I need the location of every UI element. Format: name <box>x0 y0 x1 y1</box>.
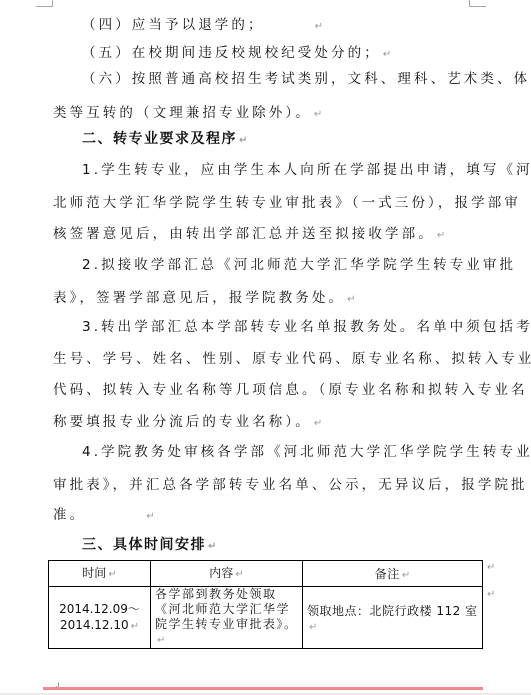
table-row: 2014.12.09～ 2014.12.10↵ 各学部到教务处领取《河北师范大学… <box>49 587 483 649</box>
line-text: （六）按照普通高校招生考试类别，文科、理科、艺术类、体育 <box>82 71 531 87</box>
table-header-row: 时间↵ 内容↵ 备注↵ <box>49 561 483 587</box>
line-text: 生号、学号、姓名、性别、原专业代码、原专业名称、拟转入专业 <box>53 351 531 367</box>
text-line: 4.学院教务处审核各学部《河北师范大学汇华学院学生转专业 <box>82 443 467 461</box>
note-text: 领取地点：北院行政楼 112 室 <box>307 604 478 618</box>
text-line: 代码、拟转入专业名称等几项信息。（原专业名称和拟转入专业名 <box>53 381 467 399</box>
paragraph-mark-icon: ↵ <box>347 294 355 305</box>
crop-mark-top-right <box>469 0 486 7</box>
text-line: 准。↵ <box>53 506 467 526</box>
paragraph-mark-icon: ↵ <box>315 21 323 32</box>
paragraph-mark-icon: ↵ <box>131 621 139 632</box>
paragraph-mark-icon: ↵ <box>402 570 410 581</box>
text-line: 生号、学号、姓名、性别、原专业代码、原专业名称、拟转入专业 <box>53 350 467 368</box>
paragraph-mark-icon: ↵ <box>383 49 391 60</box>
header-note-label: 备注 <box>375 567 400 581</box>
paragraph-mark-icon: ↵ <box>309 622 317 633</box>
text-line: 类等互转的（文理兼招专业除外）。↵ <box>53 104 467 124</box>
header-content-label: 内容 <box>209 566 233 580</box>
paragraph-mark-icon: ↵ <box>146 511 154 522</box>
cell-time: 2014.12.09～ 2014.12.10↵ <box>49 587 151 649</box>
time-end: 2014.12.10 <box>60 618 129 632</box>
header-time: 时间↵ <box>49 561 151 587</box>
header-note: 备注↵ <box>303 561 483 587</box>
header-content: 内容↵ <box>151 561 303 587</box>
line-text: 类等互转的（文理兼招专业除外）。 <box>53 105 312 121</box>
line-text: 北师范大学汇华学院学生转专业审批表》（一式三份），报学部审 <box>53 195 521 211</box>
line-text: 三、具体时间安排 <box>82 537 206 553</box>
text-line: 称要填报专业分流后的专业名称）。↵ <box>53 413 467 433</box>
text-line: （六）按照普通高校招生考试类别，文科、理科、艺术类、体育 <box>82 70 467 88</box>
line-text: 准。 <box>53 507 86 523</box>
paragraph-mark-icon: ↵ <box>235 569 243 580</box>
header-time-label: 时间 <box>82 566 106 580</box>
paragraph-mark-icon: ↵ <box>314 109 322 120</box>
text-line: 3.转出学部汇总本学部转专业名单报教务处。名单中须包括考 <box>82 318 467 336</box>
row-end-mark-icon: ↵ <box>487 562 495 573</box>
paragraph-mark-icon: ↵ <box>157 635 165 646</box>
line-text: 称要填报专业分流后的专业名称）。 <box>53 414 312 430</box>
text-line: 审批表》，并汇总各学部转专业名单、公示，无异议后，报学院批 <box>53 476 467 494</box>
text-line: （五）在校期间违反校规校纪受处分的；↵ <box>82 44 467 64</box>
text-line: 2.拟接收学部汇总《河北师范大学汇华学院学生转专业审批 <box>82 256 467 274</box>
section-heading: 三、具体时间安排↵ <box>82 536 467 556</box>
line-text: 审批表》，并汇总各学部转专业名单、公示，无异议后，报学院批 <box>53 477 528 493</box>
content-text: 各学部到教务处领取《河北师范大学汇华学院学生转专业审批表》。 <box>155 587 298 631</box>
line-text: 核签署意见后，由转出学部汇总并送至拟接收学部。 <box>53 226 435 242</box>
text-line: 1.学生转专业，应由学生本人向所在学部提出申请，填写《河 <box>82 161 467 179</box>
section-heading: 二、转专业要求及程序↵ <box>82 130 467 150</box>
cell-note: 领取地点：北院行政楼 112 室↵ <box>303 587 483 649</box>
time-start: 2014.12.09～ <box>53 601 146 617</box>
line-text: （五）在校期间违反校规校纪受处分的； <box>82 45 381 61</box>
text-line: （四）应当予以退学的；↵ <box>82 16 467 36</box>
line-text: 代码、拟转入专业名称等几项信息。（原专业名称和拟转入专业名 <box>53 382 528 398</box>
text-line: 表》，签署学部意见后，报学院教务处。↵ <box>53 289 467 309</box>
line-text: 表》，签署学部意见后，报学院教务处。 <box>53 290 345 306</box>
line-text: 3.转出学部汇总本学部转专业名单报教务处。名单中须包括考 <box>82 319 531 335</box>
cell-content: 各学部到教务处领取《河北师范大学汇华学院学生转专业审批表》。↵ <box>151 587 303 649</box>
line-text: 二、转专业要求及程序 <box>82 131 237 147</box>
paragraph-mark-icon: ↵ <box>108 569 116 580</box>
row-end-mark-icon: ↵ <box>487 589 495 600</box>
line-text: 4.学院教务处审核各学部《河北师范大学汇华学院学生转专业 <box>82 444 531 460</box>
paragraph-mark-icon: ↵ <box>437 230 445 241</box>
paragraph-mark-icon: ↵ <box>314 418 322 429</box>
paragraph-mark-icon: ↵ <box>208 541 216 552</box>
crop-mark-top-left <box>36 0 53 7</box>
line-text: 1.学生转专业，应由学生本人向所在学部提出申请，填写《河 <box>82 162 531 178</box>
line-text: 2.拟接收学部汇总《河北师范大学汇华学院学生转专业审批 <box>82 257 516 273</box>
text-line: 核签署意见后，由转出学部汇总并送至拟接收学部。↵ <box>53 225 467 245</box>
line-text: （四）应当予以退学的； <box>82 17 265 33</box>
footer-red-rule <box>43 687 483 690</box>
paragraph-mark-icon: ↵ <box>239 135 247 146</box>
schedule-table: 时间↵ 内容↵ 备注↵ 2014.12.09～ 2014.12.10↵ 各学部到… <box>48 560 483 649</box>
text-line: 北师范大学汇华学院学生转专业审批表》（一式三份），报学部审 <box>53 194 467 212</box>
